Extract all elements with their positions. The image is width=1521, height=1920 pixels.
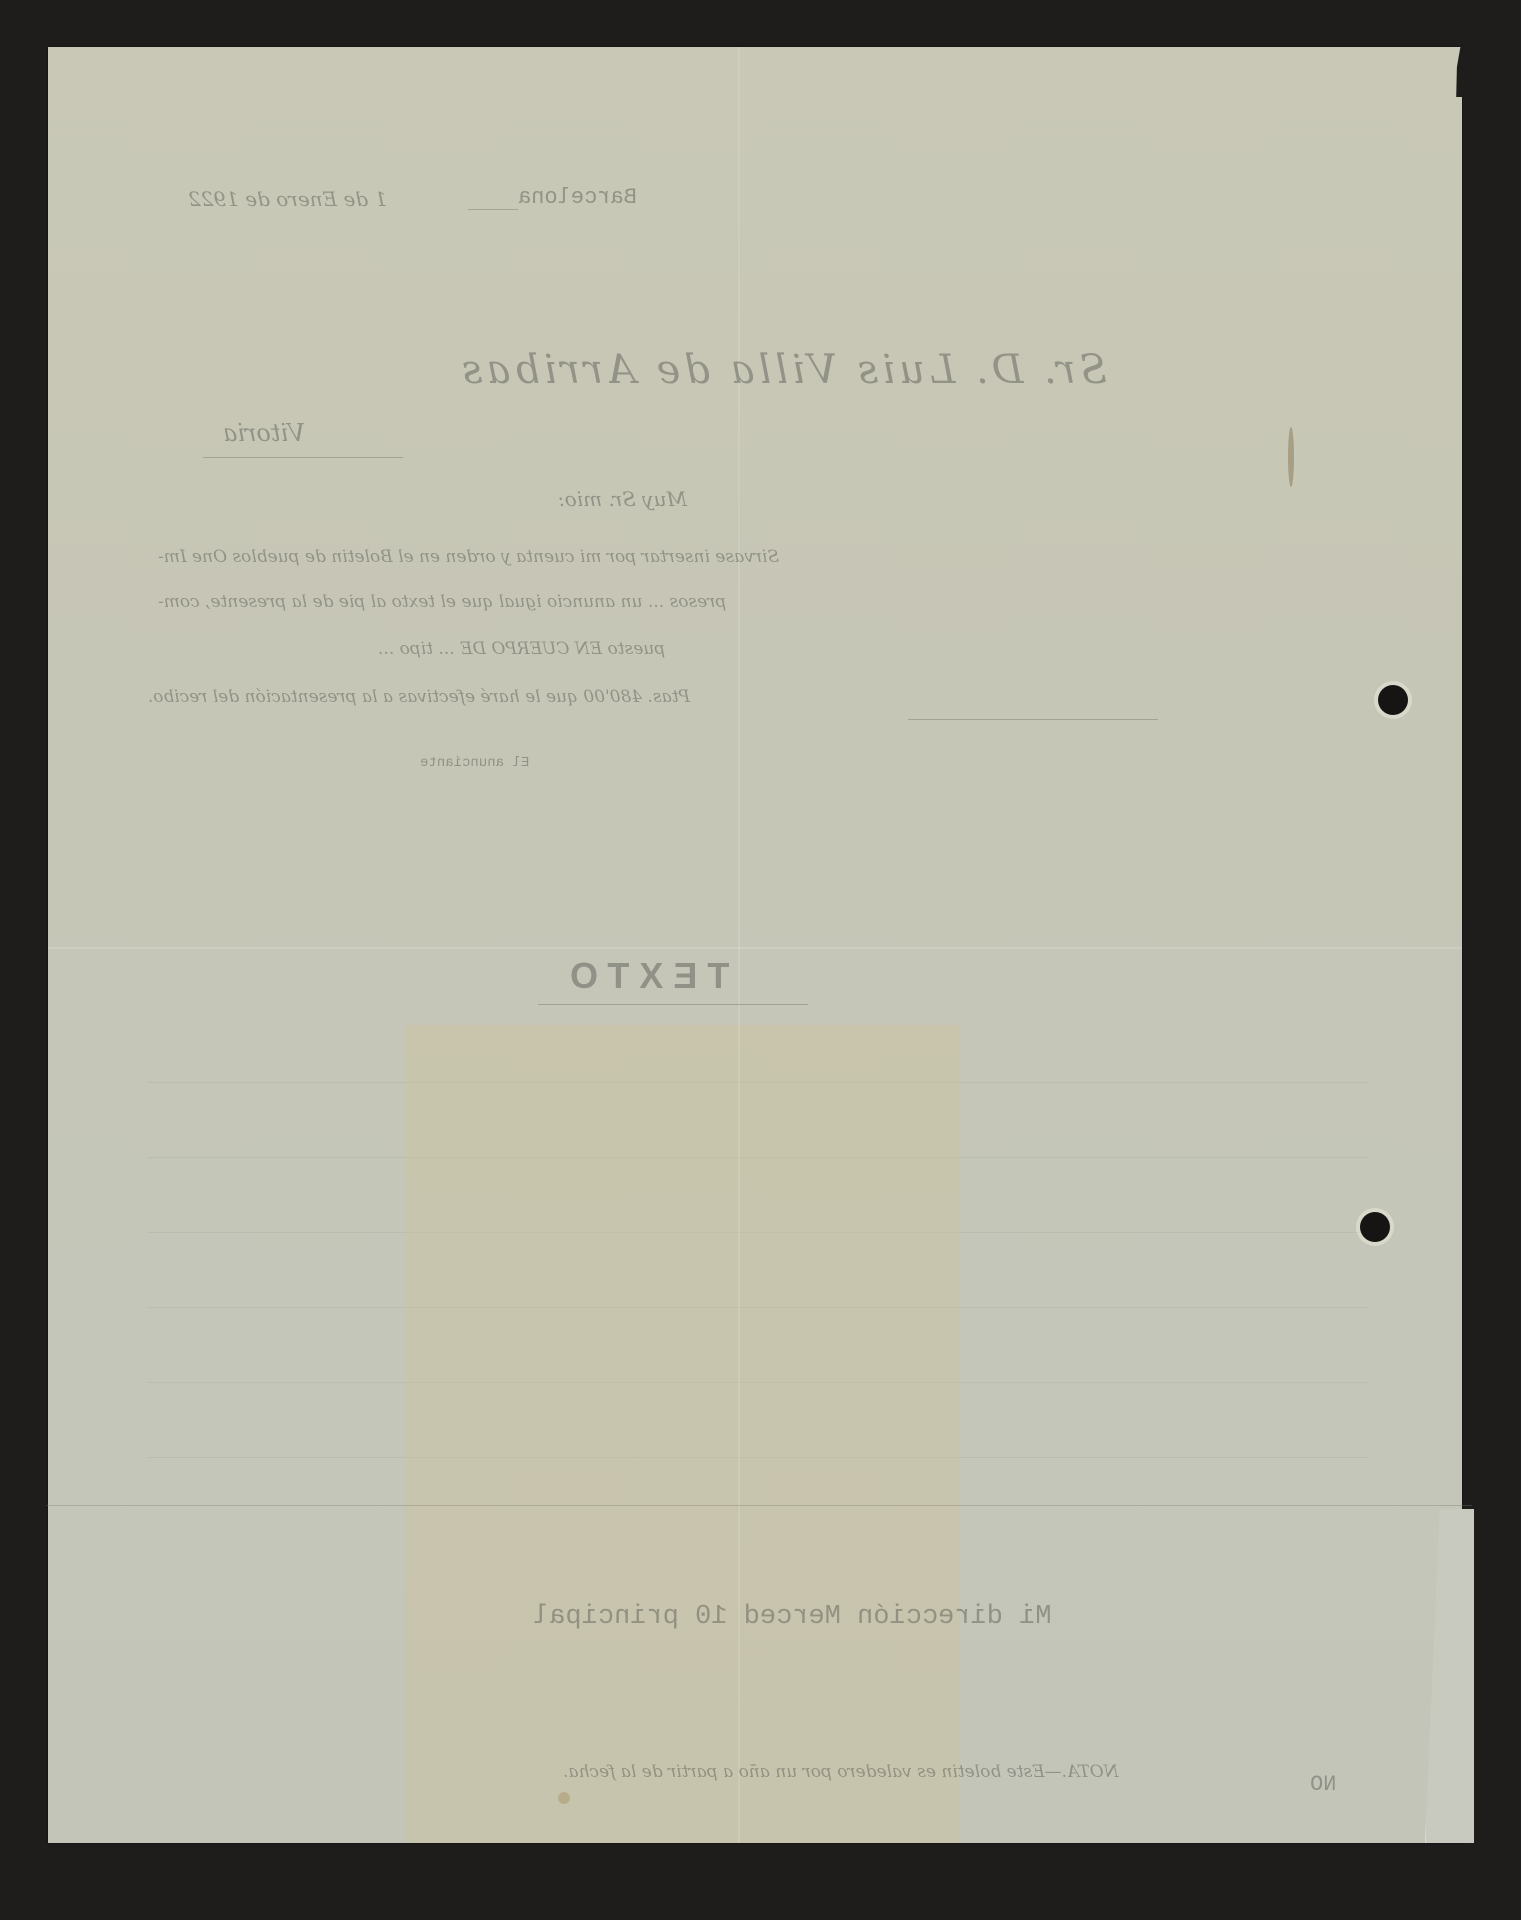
salutation: Muy Sr. mio:: [558, 487, 687, 511]
city-underline: [203, 457, 403, 458]
validity-note: NOTA.—Este boletin es valedero por un añ…: [563, 1762, 1119, 1782]
salutation-text: Muy Sr. mio:: [558, 487, 687, 511]
spot-stain: [558, 1792, 570, 1804]
date-line: 1 de Enero de 1922: [188, 187, 387, 212]
addressee-city: Vitoria: [223, 419, 305, 447]
city-text: Vitoria: [223, 419, 305, 447]
addressee: Sr. D. Luis Villa de Arribas: [458, 347, 1107, 393]
body-line-2: presos ... un anuncio igual que el texto…: [158, 592, 726, 612]
margin-fragment: NO: [1310, 1772, 1336, 1797]
punch-hole-lower: [1360, 1212, 1390, 1242]
address-line: Mi dirección Merced 10 principal: [533, 1602, 1051, 1632]
handwritten-date: 1 de Enero de 1922: [188, 187, 387, 211]
heading-underline: [538, 1004, 808, 1005]
body-text: puesto EN CUERPO DE ... tipo ...: [378, 639, 665, 659]
city-printed: Barcelona: [518, 185, 637, 210]
note-text: NOTA.—Este boletin es valedero por un añ…: [563, 1762, 1119, 1782]
punch-hole-upper: [1378, 685, 1408, 715]
body-text: presos ... un anuncio igual que el texto…: [158, 592, 726, 612]
address-text: Mi dirección Merced 10 principal: [533, 1602, 1051, 1632]
texto-heading: TEXTO: [560, 955, 729, 997]
signature-text: El anunciante: [420, 755, 529, 771]
signature-label: El anunciante: [420, 755, 529, 771]
ink-stain: [1288, 427, 1294, 487]
date-underline: [468, 209, 518, 210]
fragment-text: NO: [1310, 1772, 1336, 1797]
body-line-3: puesto EN CUERPO DE ... tipo ...: [378, 639, 665, 659]
body-text: Ptas. 480'00 que le haré efectivas a la …: [148, 687, 690, 707]
paper-sheet: 1 de Enero de 1922 Barcelona Sr. D. Luis…: [48, 47, 1462, 1843]
printed-city: Barcelona: [518, 185, 637, 210]
body-line-4: Ptas. 480'00 que le haré efectivas a la …: [148, 687, 690, 707]
body-line-1: Sirvase insertar por mi cuenta y orden e…: [158, 547, 779, 567]
folded-lower-strip: [46, 1505, 1472, 1844]
addressee-text: Sr. D. Luis Villa de Arribas: [458, 347, 1107, 393]
fold-crease: [48, 947, 1462, 949]
amount-underline: [908, 719, 1158, 720]
heading-text: TEXTO: [560, 955, 729, 997]
torn-corner: [1452, 47, 1466, 97]
body-text: Sirvase insertar por mi cuenta y orden e…: [158, 547, 779, 567]
